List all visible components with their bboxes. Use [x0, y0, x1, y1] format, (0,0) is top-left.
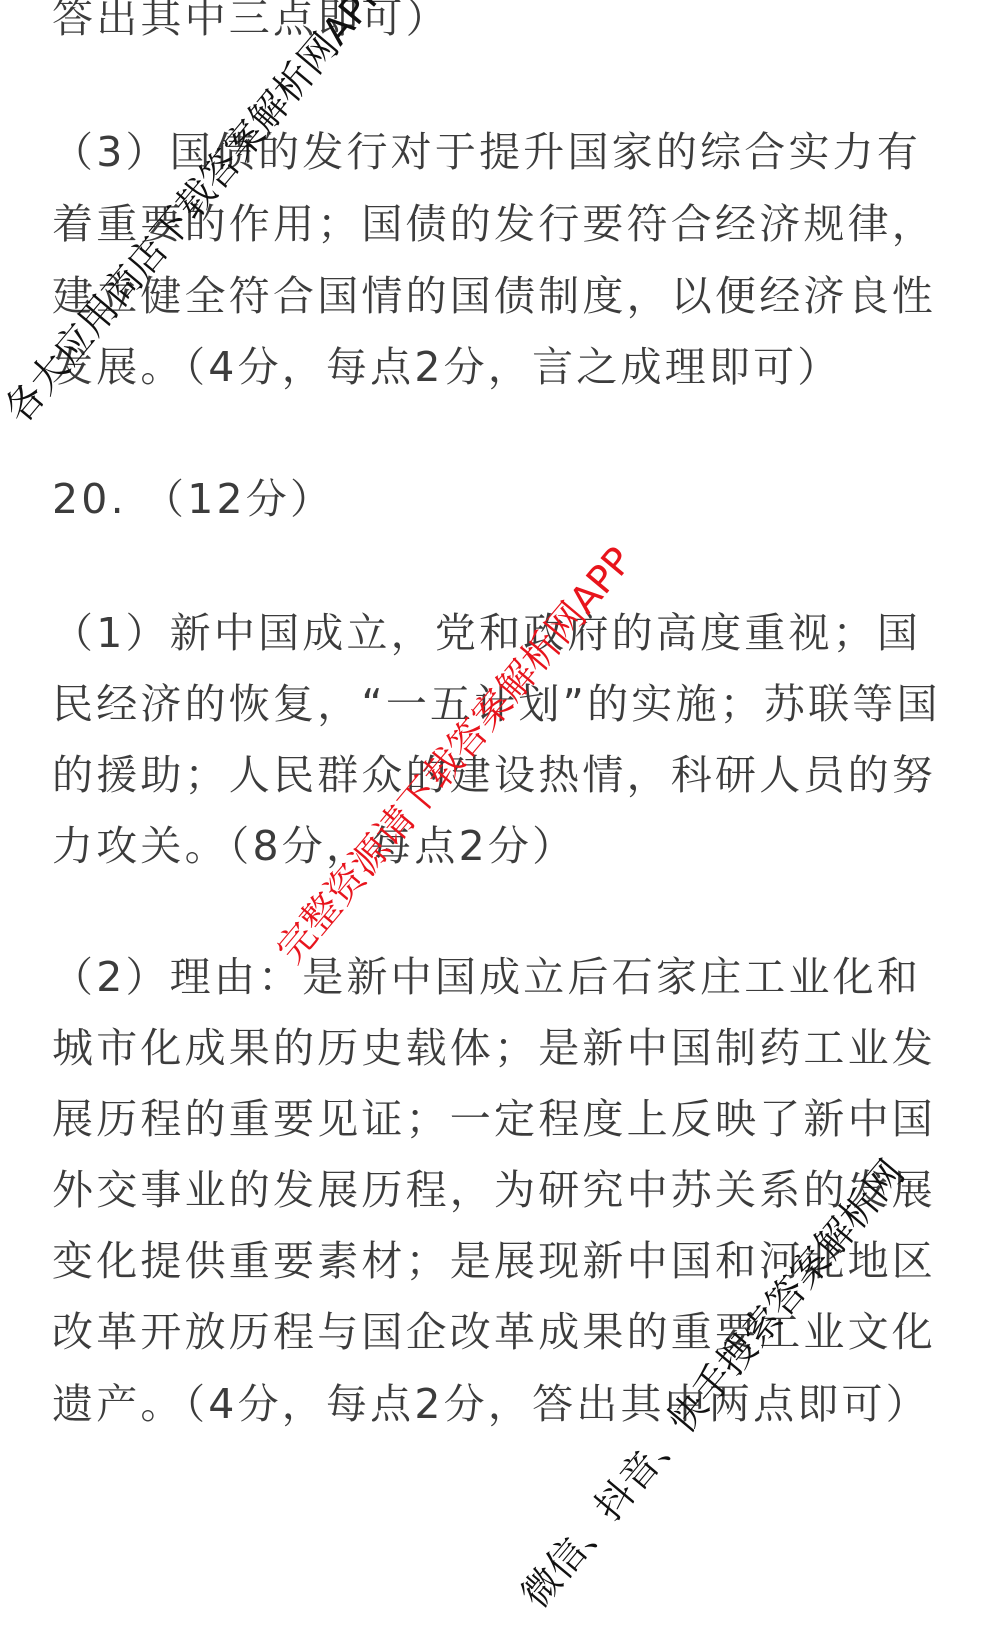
- answer-line: 城市化成果的历史载体；是新中国制药工业发: [52, 1024, 936, 1072]
- answer-line: 展历程的重要见证；一定程度上反映了新中国: [52, 1095, 936, 1143]
- answer-line: 力攻关。（8分，每点2分）: [52, 822, 576, 870]
- answer-line: 变化提供重要素材；是展现新中国和河北地区: [52, 1237, 936, 1285]
- answer-line-q20-1: （1）新中国成立，党和政府的高度重视；国: [52, 609, 921, 657]
- answer-line-q3: （3）国债的发行对于提升国家的综合实力有: [52, 128, 921, 176]
- answer-line: 着重要的作用；国债的发行要符合经济规律，: [52, 200, 936, 248]
- answer-line: 民经济的恢复，“一五计划”的实施；苏联等国: [52, 680, 941, 728]
- document-page: 答出其中三点即可） （3）国债的发行对于提升国家的综合实力有 着重要的作用；国债…: [0, 0, 1000, 1633]
- answer-line: 答出其中三点即可）: [52, 0, 450, 42]
- question-20-heading: 20. （12分）: [52, 475, 334, 523]
- answer-line: 的援助；人民群众的建设热情，科研人员的努: [52, 751, 936, 799]
- answer-line: 发展。（4分，每点2分，言之成理即可）: [52, 343, 841, 391]
- answer-line: 改革开放历程与国企改革成果的重要工业文化: [52, 1308, 936, 1356]
- answer-line: 遗产。（4分，每点2分，答出其中两点即可）: [52, 1380, 930, 1428]
- answer-line-q20-2: （2）理由：是新中国成立后石家庄工业化和: [52, 953, 921, 1001]
- answer-line: 建立健全符合国情的国债制度，以便经济良性: [52, 272, 936, 320]
- answer-line: 外交事业的发展历程，为研究中苏关系的发展: [52, 1166, 936, 1214]
